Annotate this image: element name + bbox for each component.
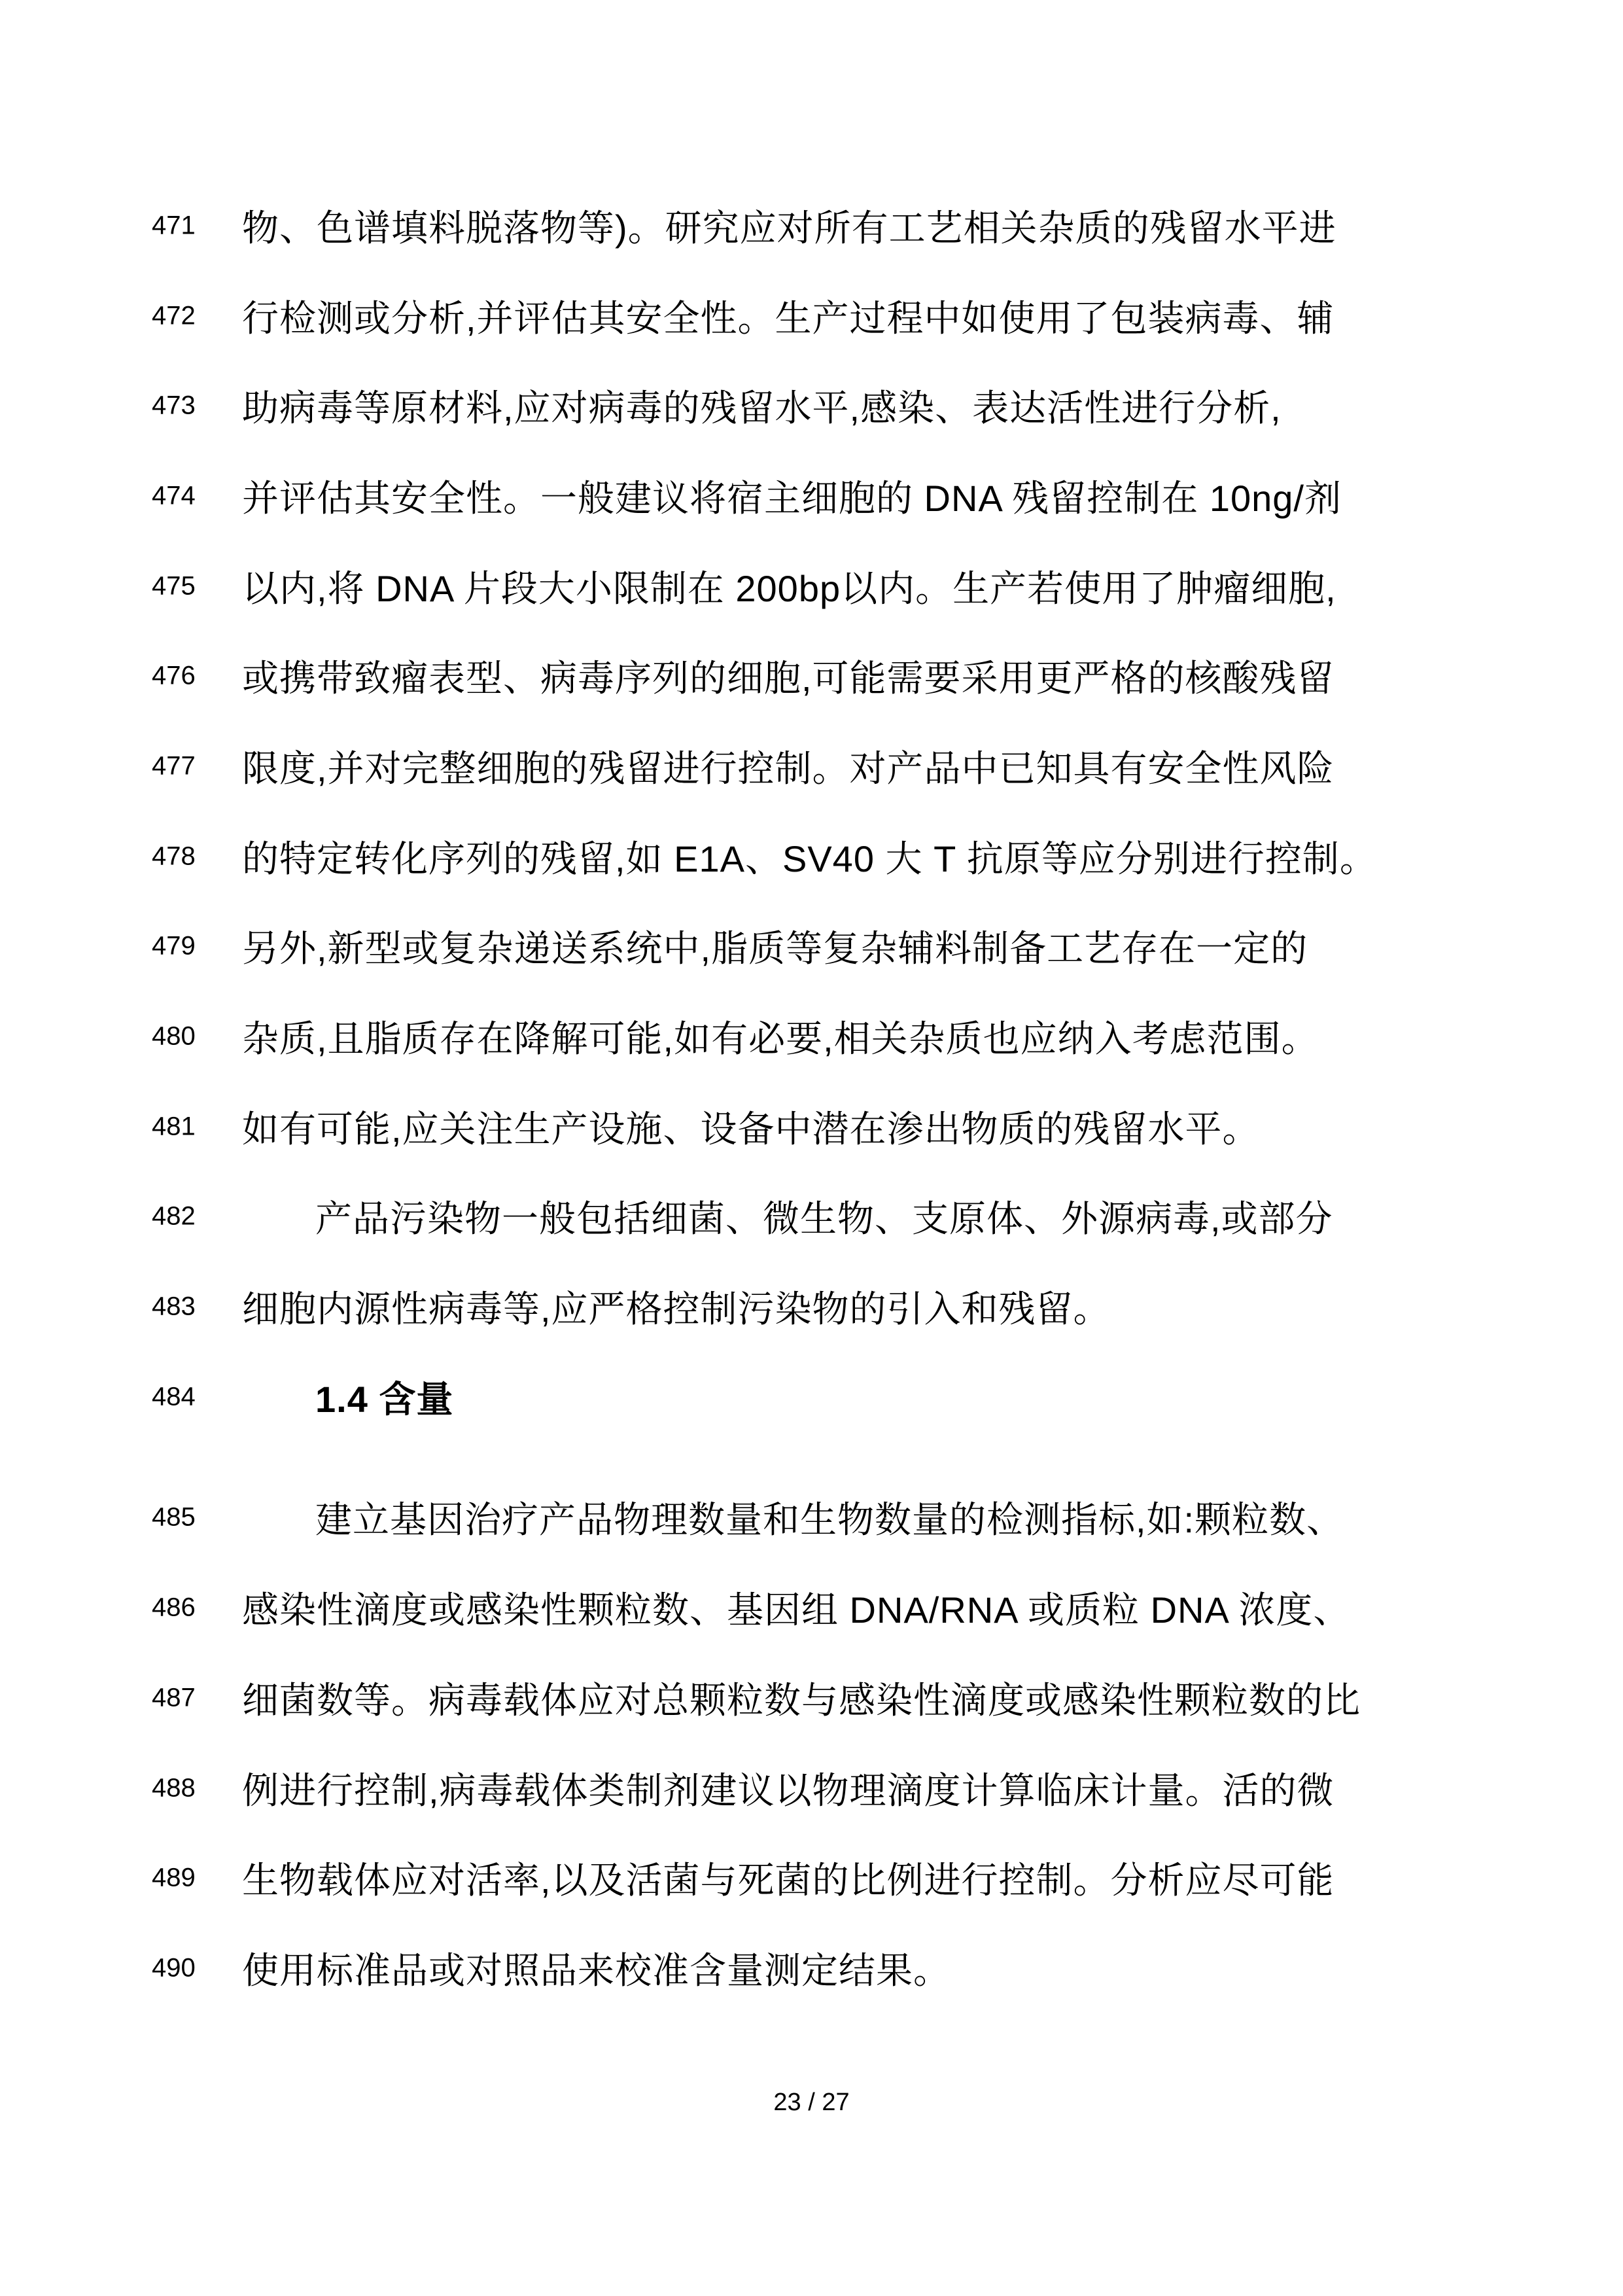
document-line: 475以内,将 DNA 片段大小限制在 200bp以内。生产若使用了肿瘤细胞, (0, 541, 1623, 631)
line-number: 487 (152, 1683, 196, 1712)
line-text: 使用标准品或对照品来校准含量测定结果。 (242, 1942, 951, 1994)
document-line: 474并评估其安全性。一般建议将宿主细胞的 DNA 残留控制在 10ng/剂 (0, 451, 1623, 541)
page-number: 23 / 27 (0, 2089, 1623, 2117)
section-heading-text: 1.4 含量 (315, 1371, 453, 1423)
line-number: 483 (152, 1292, 196, 1322)
line-number: 490 (152, 1953, 196, 1983)
document-line: 490使用标准品或对照品来校准含量测定结果。 (0, 1923, 1623, 2013)
document-line: 472行检测或分析,并评估其安全性。生产过程中如使用了包装病毒、辅 (0, 271, 1623, 361)
line-text: 建立基因治疗产品物理数量和生物数量的检测指标,如:颗粒数、 (315, 1491, 1344, 1544)
line-text: 并评估其安全性。一般建议将宿主细胞的 DNA 残留控制在 10ng/剂 (242, 470, 1342, 522)
line-text: 生物载体应对活率,以及活菌与死菌的比例进行控制。分析应尽可能 (242, 1852, 1335, 1904)
line-text: 例进行控制,病毒载体类制剂建议以物理滴度计算临床计量。活的微 (242, 1762, 1335, 1814)
document-line: 480杂质,且脂质存在降解可能,如有必要,相关杂质也应纳入考虑范围。 (0, 991, 1623, 1082)
line-text: 杂质,且脂质存在降解可能,如有必要,相关杂质也应纳入考虑范围。 (242, 1010, 1319, 1063)
line-number: 475 (152, 571, 196, 601)
line-number: 481 (152, 1112, 196, 1141)
line-text: 助病毒等原材料,应对病毒的残留水平,感染、表达活性进行分析, (242, 380, 1282, 432)
line-number: 472 (152, 301, 196, 330)
line-number: 474 (152, 481, 196, 510)
document-line: 473助病毒等原材料,应对病毒的残留水平,感染、表达活性进行分析, (0, 361, 1623, 451)
document-line: 478的特定转化序列的残留,如 E1A、SV40 大 T 抗原等应分别进行控制。 (0, 811, 1623, 902)
line-text: 产品污染物一般包括细菌、微生物、支原体、外源病毒,或部分 (315, 1190, 1333, 1243)
document-line: 486感染性滴度或感染性颗粒数、基因组 DNA/RNA 或质粒 DNA 浓度、 (0, 1563, 1623, 1653)
section-heading-line: 4841.4 含量 (0, 1352, 1623, 1442)
line-number: 477 (152, 751, 196, 781)
line-text: 另外,新型或复杂递送系统中,脂质等复杂辅料制备工艺存在一定的 (242, 920, 1308, 972)
line-number: 476 (152, 662, 196, 691)
document-line: 483细胞内源性病毒等,应严格控制污染物的引入和残留。 (0, 1262, 1623, 1352)
document-line: 477限度,并对完整细胞的残留进行控制。对产品中已知具有安全性风险 (0, 721, 1623, 811)
document-line: 487细菌数等。病毒载体应对总颗粒数与感染性滴度或感染性颗粒数的比 (0, 1653, 1623, 1743)
line-text: 以内,将 DNA 片段大小限制在 200bp以内。生产若使用了肿瘤细胞, (242, 560, 1336, 612)
line-text: 行检测或分析,并评估其安全性。生产过程中如使用了包装病毒、辅 (242, 290, 1335, 342)
document-line: 489生物载体应对活率,以及活菌与死菌的比例进行控制。分析应尽可能 (0, 1833, 1623, 1923)
line-text: 限度,并对完整细胞的残留进行控制。对产品中已知具有安全性风险 (242, 740, 1335, 792)
line-number: 482 (152, 1202, 196, 1231)
line-text: 感染性滴度或感染性颗粒数、基因组 DNA/RNA 或质粒 DNA 浓度、 (242, 1581, 1350, 1634)
line-number: 478 (152, 841, 196, 871)
document-line: 479另外,新型或复杂递送系统中,脂质等复杂辅料制备工艺存在一定的 (0, 902, 1623, 992)
line-number: 473 (152, 391, 196, 421)
line-number: 484 (152, 1382, 196, 1411)
line-text: 或携带致瘤表型、病毒序列的细胞,可能需要采用更严格的核酸残留 (242, 650, 1335, 702)
line-number: 488 (152, 1773, 196, 1803)
document-line: 476或携带致瘤表型、病毒序列的细胞,可能需要采用更严格的核酸残留 (0, 631, 1623, 721)
line-text: 细胞内源性病毒等,应严格控制污染物的引入和残留。 (242, 1280, 1111, 1333)
document-line: 482产品污染物一般包括细菌、微生物、支原体、外源病毒,或部分 (0, 1172, 1623, 1262)
line-number: 479 (152, 932, 196, 961)
line-text: 细菌数等。病毒载体应对总颗粒数与感染性滴度或感染性颗粒数的比 (242, 1672, 1361, 1724)
document-line: 481如有可能,应关注生产设施、设备中潜在渗出物质的残留水平。 (0, 1082, 1623, 1172)
line-number: 480 (152, 1022, 196, 1051)
line-text: 物、色谱填料脱落物等)。研究应对所有工艺相关杂质的残留水平进 (242, 200, 1336, 252)
document-line: 471物、色谱填料脱落物等)。研究应对所有工艺相关杂质的残留水平进 (0, 181, 1623, 271)
document-line: 488例进行控制,病毒载体类制剂建议以物理滴度计算临床计量。活的微 (0, 1743, 1623, 1833)
line-number: 486 (152, 1593, 196, 1623)
document-page: 471物、色谱填料脱落物等)。研究应对所有工艺相关杂质的残留水平进472行检测或… (0, 0, 1623, 2296)
line-number: 471 (152, 211, 196, 240)
line-number: 485 (152, 1503, 196, 1532)
document-line: 485建立基因治疗产品物理数量和生物数量的检测指标,如:颗粒数、 (0, 1473, 1623, 1563)
line-text: 的特定转化序列的残留,如 E1A、SV40 大 T 抗原等应分别进行控制。 (242, 830, 1377, 883)
line-number: 489 (152, 1863, 196, 1893)
document-body: 471物、色谱填料脱落物等)。研究应对所有工艺相关杂质的残留水平进472行检测或… (0, 181, 1623, 2013)
line-text: 如有可能,应关注生产设施、设备中潜在渗出物质的残留水平。 (242, 1101, 1260, 1153)
